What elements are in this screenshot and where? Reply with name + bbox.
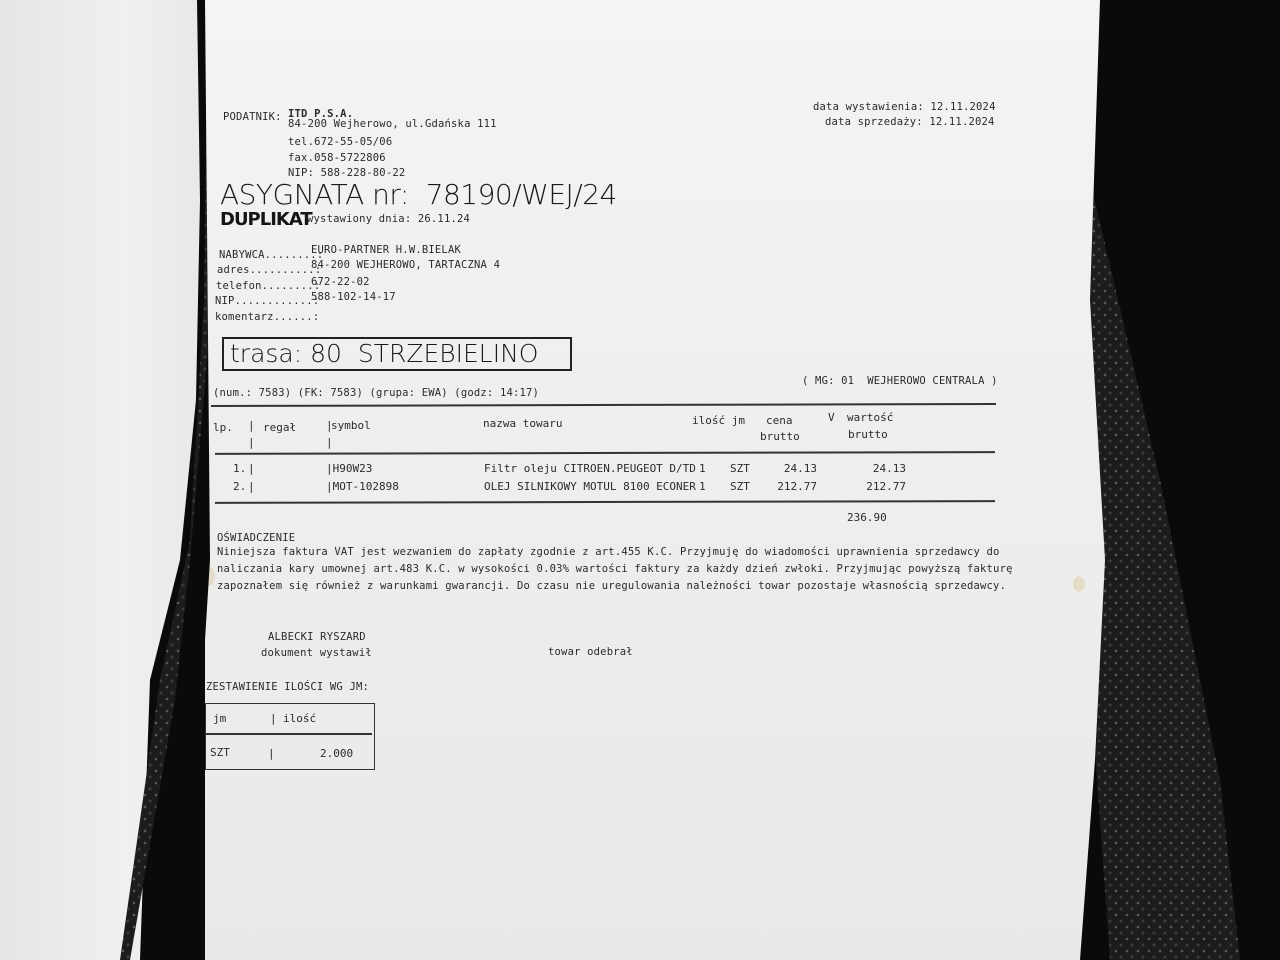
row-qty: 1 (699, 480, 706, 493)
summary-col-unit: jm (213, 712, 226, 725)
row-symbol: |H90W23 (326, 462, 372, 475)
seller-phone: tel.672-55-05/06 (288, 136, 392, 148)
row-value: 24.13 (873, 462, 906, 475)
paper-stain (201, 566, 215, 586)
seller-fax: fax.058-5722806 (288, 152, 386, 164)
row-product-name: Filtr oleju CITROEN.PEUGEOT D/TD (484, 462, 696, 475)
col-lp: lp. (213, 421, 233, 434)
col-price-sub: brutto (760, 430, 800, 443)
summary-col-sep: | (270, 712, 277, 725)
col-sep-1b: | (248, 436, 255, 449)
summary-header-rule (206, 733, 372, 735)
receiver-label: towar odebrał (548, 646, 633, 658)
col-name: nazwa towaru (483, 417, 562, 430)
col-sep-2b: | (326, 436, 333, 449)
seat-fabric-right (1080, 180, 1250, 960)
table-total: 236.90 (847, 511, 887, 524)
statement-line-2: naliczania kary umownej art.483 K.C. w w… (217, 563, 1013, 575)
seller-address: 84-200 Wejherowo, ul.Gdańska 111 (288, 118, 497, 130)
statement-line-3: zapoznałem się również z warunkami gwara… (217, 580, 1006, 592)
col-qty-unit: ilość jm (692, 414, 745, 427)
row-product-name: OLEJ SILNIKOWY MOTUL 8100 ECONER (484, 480, 696, 493)
summary-row-sep: | (268, 747, 275, 760)
issuer-name: ALBECKI RYSZARD (268, 631, 366, 643)
col-sep-1: | (248, 419, 255, 432)
statement-line-1: Niniejsza faktura VAT jest wezwaniem do … (217, 546, 1000, 558)
route-box: trasa: 80 STRZEBIELINO (222, 337, 572, 371)
document-title: ASYGNATA nr: 78190/WEJ/24 (220, 178, 617, 211)
table-bottom-rule (215, 500, 995, 503)
buyer-comment-label: komentarz......: (215, 311, 319, 323)
buyer-name-label: NABYWCA........: (219, 249, 323, 261)
row-sep: | (248, 462, 255, 475)
buyer-name: EURO-PARTNER H.W.BIELAK (311, 244, 461, 256)
row-price: 24.13 (784, 462, 817, 475)
row-value: 212.77 (866, 480, 906, 493)
invoice-paper: PODATNIK: ITD P.S.A. 84-200 Wejherowo, u… (205, 0, 1105, 960)
issue-date: data wystawienia: 12.11.2024 (813, 101, 996, 113)
buyer-address-label: adres..........: (217, 264, 321, 276)
paper-stain (1073, 576, 1085, 592)
buyer-nip: 588-102-14-17 (311, 291, 396, 303)
statement-title: OŚWIADCZENIE (217, 532, 295, 544)
col-shelf: regał (263, 421, 296, 434)
buyer-phone: 672-22-02 (311, 276, 370, 288)
background-paper-sheet (0, 0, 210, 960)
duplicate-issued: wystawiony dnia: 26.11.24 (307, 213, 470, 225)
summary-row-qty: 2.000 (320, 747, 353, 760)
table-top-rule (211, 403, 996, 407)
buyer-address: 84-200 WEJHEROWO, TARTACZNA 4 (311, 259, 500, 271)
row-unit: SZT (730, 462, 750, 475)
summary-col-qty: ilość (283, 712, 316, 725)
col-symbol: symbol (331, 419, 371, 432)
buyer-phone-label: telefon........: (216, 280, 320, 292)
row-symbol: |MOT-102898 (326, 480, 399, 493)
row-sep: | (248, 480, 255, 493)
warehouse-label: ( MG: 01 WEJHEROWO CENTRALA ) (802, 375, 998, 387)
meta-line: (num.: 7583) (FK: 7583) (grupa: EWA) (go… (213, 387, 539, 399)
col-value-sub: brutto (848, 428, 888, 441)
col-vat: V (828, 411, 835, 424)
summary-row-unit: SZT (210, 746, 230, 759)
row-lp: 2. (233, 480, 246, 493)
seller-label: PODATNIK: (223, 111, 282, 123)
buyer-nip-label: NIP............: (215, 295, 319, 307)
row-unit: SZT (730, 480, 750, 493)
duplicate-label: DUPLIKAT (220, 209, 312, 230)
row-price: 212.77 (777, 480, 817, 493)
summary-title: ZESTAWIENIE ILOŚCI WG JM: (206, 681, 369, 693)
row-lp: 1. (233, 462, 246, 475)
row-qty: 1 (699, 462, 706, 475)
sale-date: data sprzedaży: 12.11.2024 (825, 116, 995, 128)
col-value: wartość (847, 411, 893, 424)
issuer-label: dokument wystawił (261, 647, 372, 659)
table-header-rule (215, 451, 995, 454)
col-price: cena (766, 414, 793, 427)
